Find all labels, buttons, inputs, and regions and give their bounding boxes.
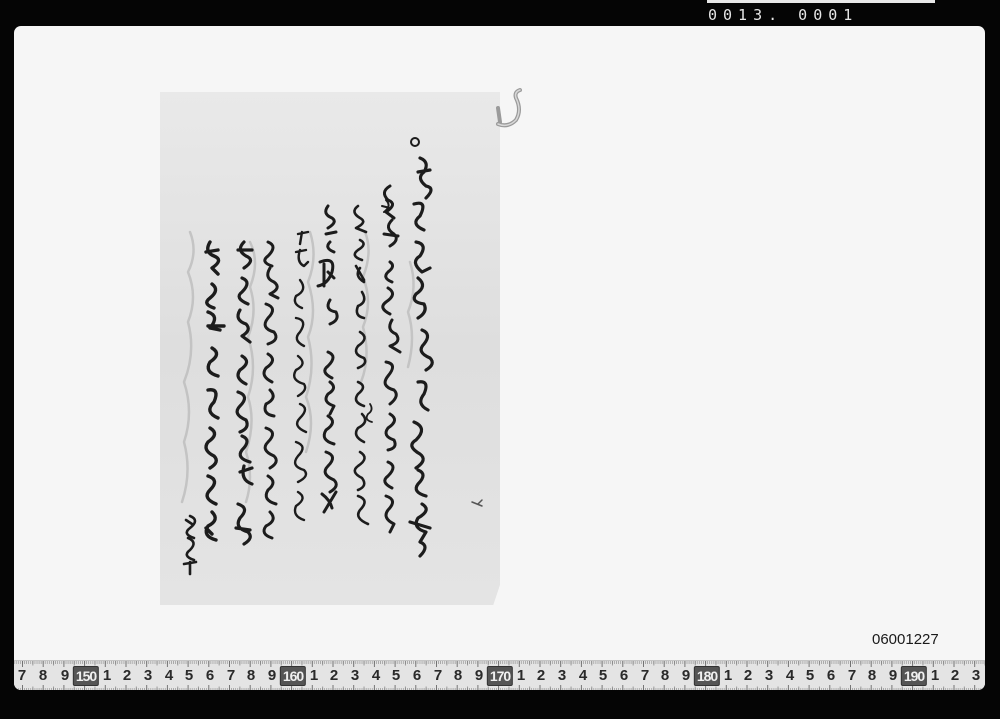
ruler-label: 1 (724, 667, 732, 685)
ruler-label: 7 (18, 667, 26, 685)
ruler-label: 8 (868, 667, 876, 685)
ruler-major-label: 170 (487, 666, 513, 686)
ruler-label: 1 (931, 667, 939, 685)
ruler-label: 6 (413, 667, 421, 685)
ruler-label: 2 (123, 667, 131, 685)
measurement-ruler: 7891501234567891601234567891701234567891… (14, 660, 985, 690)
ruler-label: 2 (744, 667, 752, 685)
ruler-label: 9 (475, 667, 483, 685)
ruler-label: 2 (330, 667, 338, 685)
ruler-label: 3 (972, 667, 980, 685)
ruler-label: 9 (268, 667, 276, 685)
ruler-major-label: 180 (694, 666, 720, 686)
ruler-label: 1 (517, 667, 525, 685)
ruler-major-label: 190 (901, 666, 927, 686)
ruler-major-label: 160 (280, 666, 306, 686)
ruler-label: 7 (848, 667, 856, 685)
ruler-label: 8 (661, 667, 669, 685)
manuscript-page (160, 92, 500, 605)
ruler-label: 9 (682, 667, 690, 685)
ruler-label: 1 (103, 667, 111, 685)
ruler-label: 3 (558, 667, 566, 685)
ruler-label: 8 (247, 667, 255, 685)
ruler-label: 4 (786, 667, 794, 685)
ruler-label: 5 (185, 667, 193, 685)
ruler-label: 2 (951, 667, 959, 685)
ruler-label: 1 (310, 667, 318, 685)
film-edge-strip (707, 0, 935, 3)
ruler-label: 5 (806, 667, 814, 685)
handwritten-script (160, 92, 500, 605)
ruler-label: 2 (537, 667, 545, 685)
binding-string (484, 78, 534, 128)
ruler-label: 5 (392, 667, 400, 685)
ruler-label: 6 (206, 667, 214, 685)
ruler-major-label: 150 (73, 666, 99, 686)
ruler-label: 7 (434, 667, 442, 685)
ruler-label: 6 (827, 667, 835, 685)
ruler-label: 7 (641, 667, 649, 685)
catalog-number: 06001227 (872, 631, 939, 648)
ruler-label: 3 (765, 667, 773, 685)
frame-id-counter: 0013. 0001 (708, 6, 858, 24)
ruler-label: 8 (39, 667, 47, 685)
ruler-label: 7 (227, 667, 235, 685)
ruler-label: 9 (61, 667, 69, 685)
ruler-label: 5 (599, 667, 607, 685)
ruler-label: 3 (144, 667, 152, 685)
ruler-label: 6 (620, 667, 628, 685)
ruler-label: 3 (351, 667, 359, 685)
ruler-label: 8 (454, 667, 462, 685)
ruler-label: 9 (889, 667, 897, 685)
ruler-label: 4 (372, 667, 380, 685)
ruler-label: 4 (579, 667, 587, 685)
ruler-label: 4 (165, 667, 173, 685)
scan-mount-card: 06001227 7891501234567891601234567891701… (14, 26, 985, 690)
